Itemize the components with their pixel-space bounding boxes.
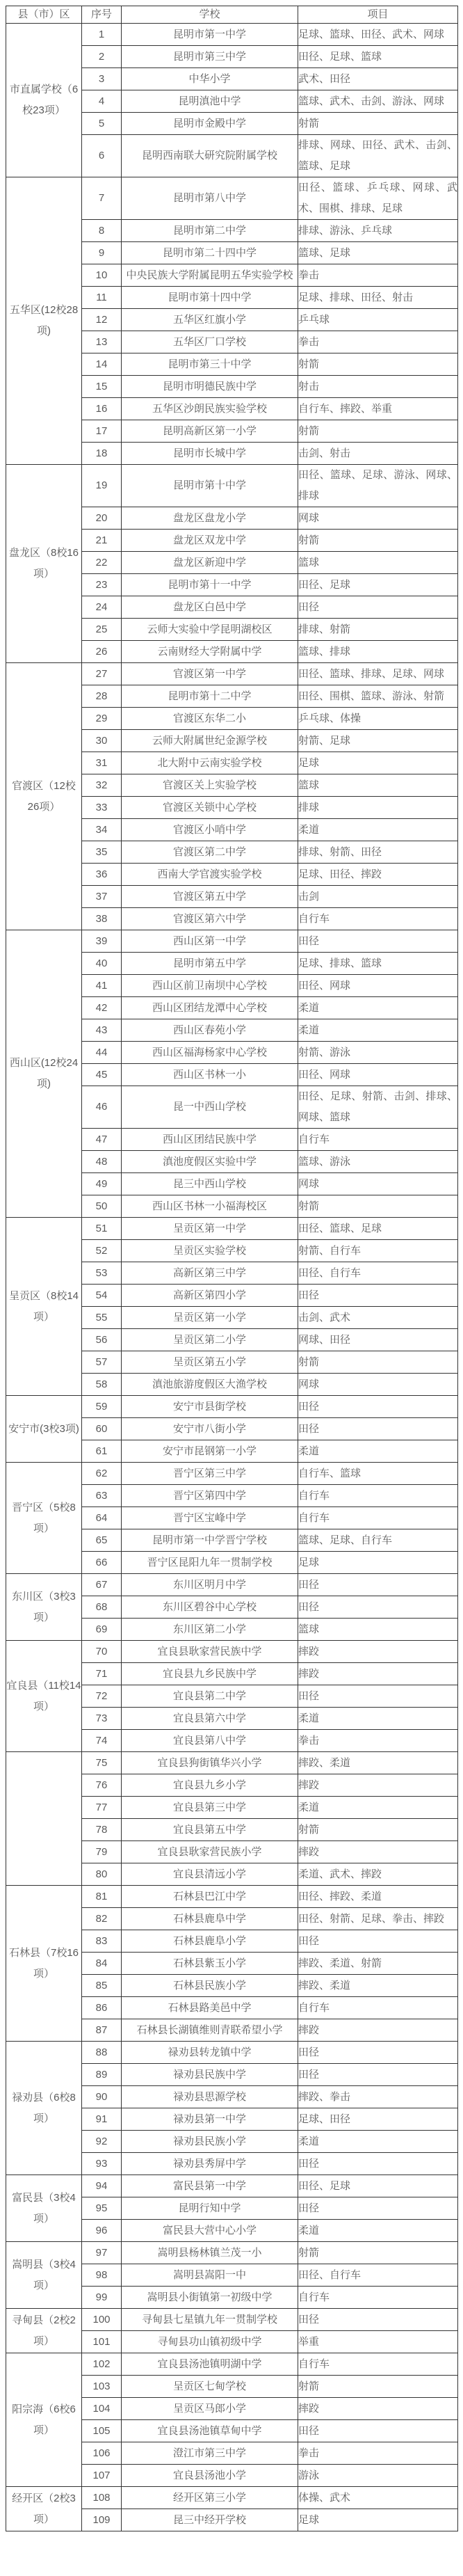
sports-list: 篮球、足球、自行车: [298, 1529, 458, 1552]
school-name: 宜良县汤池镇草甸中学: [122, 2420, 298, 2442]
row-number: 95: [82, 2197, 122, 2220]
school-name: 昆明滇池中学: [122, 90, 298, 113]
row-number: 84: [82, 1953, 122, 1975]
school-name: 滇池旅游度假区大渔学校: [122, 1374, 298, 1396]
sports-list: 射箭、自行车: [298, 1240, 458, 1262]
sports-list: 柔道、武术、摔跤: [298, 1863, 458, 1886]
row-number: 64: [82, 1507, 122, 1529]
header-row: 县（市）区 序号 学校 项目: [6, 6, 458, 24]
school-name: 宜良县第五中学: [122, 1819, 298, 1841]
school-name: 呈贡区实验学校: [122, 1240, 298, 1262]
row-number: 4: [82, 90, 122, 113]
school-name: 西山区前卫南坝中心学校: [122, 975, 298, 997]
row-number: 32: [82, 774, 122, 797]
school-name: 西山区书林一小: [122, 1064, 298, 1086]
row-number: 39: [82, 930, 122, 953]
row-number: 37: [82, 886, 122, 908]
sports-list: 田径、篮球、足球: [298, 1218, 458, 1240]
row-number: 29: [82, 708, 122, 730]
sports-list: 自行车: [298, 1997, 458, 2019]
school-name: 西山区春苑小学: [122, 1019, 298, 1042]
school-name: 东川区明月中学: [122, 1574, 298, 1596]
row-number: 21: [82, 530, 122, 552]
school-name: 晋宁区宝峰中学: [122, 1507, 298, 1529]
row-number: 85: [82, 1975, 122, 1997]
sports-list: 自行车、摔跤、举重: [298, 398, 458, 420]
row-number: 5: [82, 113, 122, 135]
row-number: 77: [82, 1797, 122, 1819]
row-number: 30: [82, 730, 122, 752]
school-name: 昆明市第二十四中学: [122, 242, 298, 264]
district-cell: 晋宁区（5校8项）: [6, 1463, 82, 1574]
row-number: 101: [82, 2331, 122, 2353]
sports-list: 田径: [298, 930, 458, 953]
row-number: 46: [82, 1086, 122, 1129]
school-name: 呈贡区第一小学: [122, 1307, 298, 1329]
school-name: 西山区福海杨家中心学校: [122, 1042, 298, 1064]
sports-list: 柔道: [298, 2220, 458, 2242]
school-name: 昆明市第十一中学: [122, 574, 298, 596]
sports-list: 射箭: [298, 2376, 458, 2398]
row-number: 54: [82, 1285, 122, 1307]
table-row: 经开区（2校3项）108经开区第三小学体操、武术: [6, 2487, 458, 2509]
row-number: 89: [82, 2064, 122, 2086]
table-row: 西山区(12校24项)39西山区第一中学田径: [6, 930, 458, 953]
school-name: 寻甸县功山镇初级中学: [122, 2331, 298, 2353]
district-cell: 东川区（3校3项）: [6, 1574, 82, 1641]
school-name: 宜良县第三中学: [122, 1797, 298, 1819]
sports-list: 击剑: [298, 886, 458, 908]
sports-list: 排球、游泳、乒乓球: [298, 220, 458, 242]
row-number: 38: [82, 908, 122, 930]
sports-list: 自行车、篮球: [298, 1463, 458, 1485]
table-row: 东川区（3校3项）67东川区明月中学田径: [6, 1574, 458, 1596]
row-number: 108: [82, 2487, 122, 2509]
sports-list: 田径: [298, 1285, 458, 1307]
row-number: 28: [82, 685, 122, 708]
row-number: 19: [82, 465, 122, 507]
school-name: 昆明高新区第一小学: [122, 420, 298, 443]
row-number: 20: [82, 507, 122, 530]
school-name: 官渡区东华二小: [122, 708, 298, 730]
row-number: 91: [82, 2108, 122, 2131]
sports-list: 体操、武术: [298, 2487, 458, 2509]
school-name: 安宁市县街学校: [122, 1396, 298, 1418]
sports-list: 田径: [298, 596, 458, 619]
sports-list: 田径、网球: [298, 1064, 458, 1086]
row-number: 103: [82, 2376, 122, 2398]
sports-list: 足球、篮球、田径、武术、网球: [298, 24, 458, 46]
sports-list: 足球: [298, 2509, 458, 2531]
sports-list: 自行车: [298, 1485, 458, 1507]
row-number: 88: [82, 2042, 122, 2064]
sports-list: 田径、篮球、乒乓球、网球、武术、围棋、排球、足球: [298, 177, 458, 220]
school-name: 禄劝县转龙镇中学: [122, 2042, 298, 2064]
row-number: 97: [82, 2242, 122, 2264]
row-number: 65: [82, 1529, 122, 1552]
school-name: 昆明市第十中学: [122, 465, 298, 507]
row-number: 92: [82, 2131, 122, 2153]
table-row: 市直属学校（6校23项）1昆明市第一中学足球、篮球、田径、武术、网球: [6, 24, 458, 46]
row-number: 13: [82, 331, 122, 353]
school-name: 石林县鹿阜小学: [122, 1930, 298, 1953]
row-number: 81: [82, 1886, 122, 1908]
school-name: 西山区团结龙潭中心学校: [122, 997, 298, 1019]
sports-list: 网球、田径: [298, 1329, 458, 1351]
sports-list: 田径、篮球、足球、游泳、网球、排球: [298, 465, 458, 507]
school-name: 高新区第三中学: [122, 1262, 298, 1285]
school-name: 昆明市明德民族中学: [122, 376, 298, 398]
school-name: 富民县第一中学: [122, 2175, 298, 2197]
sports-list: 射击: [298, 376, 458, 398]
sports-list: 摔跤: [298, 1774, 458, 1797]
sports-list: 排球、射箭: [298, 619, 458, 641]
table-row: 阳宗海（6校6项）102宜良县汤池镇明湖中学自行车: [6, 2353, 458, 2376]
row-number: 69: [82, 1619, 122, 1641]
sports-list: 足球、排球、篮球: [298, 953, 458, 975]
row-number: 14: [82, 353, 122, 376]
table-row: 晋宁区（5校8项）62晋宁区第三中学自行车、篮球: [6, 1463, 458, 1485]
row-number: 1: [82, 24, 122, 46]
sports-list: 柔道: [298, 997, 458, 1019]
sports-list: 排球: [298, 797, 458, 819]
sports-list: 网球: [298, 1173, 458, 1195]
school-name: 晋宁区第三中学: [122, 1463, 298, 1485]
table-row: 安宁市(3校3项)59安宁市县街学校田径: [6, 1396, 458, 1418]
row-number: 8: [82, 220, 122, 242]
row-number: 79: [82, 1841, 122, 1863]
sports-list: 足球、田径、摔跤: [298, 864, 458, 886]
district-cell: 五华区(12校28项): [6, 177, 82, 465]
school-name: 安宁市八街小学: [122, 1418, 298, 1440]
sports-list: 摔跤、柔道: [298, 1752, 458, 1774]
sports-list: 田径: [298, 2309, 458, 2331]
school-name: 官渡区第二中学: [122, 841, 298, 864]
row-number: 67: [82, 1574, 122, 1596]
sports-list: 足球: [298, 1552, 458, 1574]
school-name: 中华小学: [122, 68, 298, 90]
row-number: 72: [82, 1685, 122, 1708]
row-number: 52: [82, 1240, 122, 1262]
school-name: 昆明市第八中学: [122, 177, 298, 220]
table-row: 宜良县（11校14项）70宜良县耿家营民族中学摔跤: [6, 1641, 458, 1663]
school-name: 宜良县第八中学: [122, 1730, 298, 1752]
row-number: 24: [82, 596, 122, 619]
sports-list: 射箭: [298, 2242, 458, 2264]
row-number: 58: [82, 1374, 122, 1396]
school-name: 宜良县耿家营民族中学: [122, 1641, 298, 1663]
school-name: 呈贡区马郎小学: [122, 2398, 298, 2420]
school-name: 经开区第三小学: [122, 2487, 298, 2509]
sports-list: 摔跤: [298, 1663, 458, 1685]
school-name: 石林县长湖镇维则青联希望小学: [122, 2019, 298, 2042]
district-cell: 寻甸县（2校2项）: [6, 2309, 82, 2353]
school-name: 禄劝县民族小学: [122, 2131, 298, 2153]
school-name: 宜良县耿家营民族小学: [122, 1841, 298, 1863]
sports-list: 足球、排球、田径、射击: [298, 287, 458, 309]
school-name: 宜良县清远小学: [122, 1863, 298, 1886]
sports-list: 自行车: [298, 2353, 458, 2376]
sports-list: 田径、足球、篮球: [298, 46, 458, 68]
sports-list: 射箭: [298, 1351, 458, 1374]
row-number: 106: [82, 2442, 122, 2465]
sports-list: 田径: [298, 2420, 458, 2442]
school-name: 西山区书林一小福海校区: [122, 1195, 298, 1218]
school-name: 嵩明县嵩阳一中: [122, 2264, 298, 2287]
table-row: 盘龙区（8校16项）19昆明市第十中学田径、篮球、足球、游泳、网球、排球: [6, 465, 458, 507]
sports-list: 田径、摔跤、柔道: [298, 1886, 458, 1908]
sports-list: 摔跤、柔道、射箭: [298, 1953, 458, 1975]
sports-list: 田径: [298, 2197, 458, 2220]
school-name: 西南大学官渡实验学校: [122, 864, 298, 886]
row-number: 51: [82, 1218, 122, 1240]
sports-list: 武术、田径: [298, 68, 458, 90]
row-number: 60: [82, 1418, 122, 1440]
table-row: 嵩明县（3校4项）97嵩明县杨林镇兰茂一小射箭: [6, 2242, 458, 2264]
school-name: 宜良县汤池小学: [122, 2465, 298, 2487]
row-number: 10: [82, 264, 122, 287]
school-name: 昆三中经开学校: [122, 2509, 298, 2531]
sports-list: 田径、自行车: [298, 2264, 458, 2287]
sports-list: 足球、田径: [298, 2108, 458, 2131]
sports-list: 乒乓球: [298, 309, 458, 331]
row-number: 94: [82, 2175, 122, 2197]
row-number: 82: [82, 1908, 122, 1930]
school-name: 官渡区小哨中学: [122, 819, 298, 841]
sports-list: 摔跤: [298, 1641, 458, 1663]
school-name: 官渡区第一中学: [122, 663, 298, 685]
sports-list: 田径、篮球、排球、足球、网球: [298, 663, 458, 685]
row-number: 41: [82, 975, 122, 997]
sports-list: 柔道: [298, 2131, 458, 2153]
sports-list: 田径、射箭、足球、拳击、摔跤: [298, 1908, 458, 1930]
header-no: 序号: [82, 6, 122, 24]
sports-list: 射箭: [298, 420, 458, 443]
table-row: 75宜良县狗街镇华兴小学摔跤、柔道: [6, 1752, 458, 1774]
row-number: 75: [82, 1752, 122, 1774]
row-number: 109: [82, 2509, 122, 2531]
school-name: 昆明行知中学: [122, 2197, 298, 2220]
row-number: 53: [82, 1262, 122, 1285]
sports-list: 摔跤: [298, 2398, 458, 2420]
school-name: 北大附中云南实验学校: [122, 752, 298, 774]
school-name: 呈贡区第二小学: [122, 1329, 298, 1351]
school-name: 嵩明县杨林镇兰茂一小: [122, 2242, 298, 2264]
sports-list: 田径: [298, 2153, 458, 2175]
sports-list: 篮球: [298, 1619, 458, 1641]
sports-list: 篮球、足球: [298, 242, 458, 264]
school-name: 盘龙区新迎中学: [122, 552, 298, 574]
row-number: 27: [82, 663, 122, 685]
school-name: 宜良县第二中学: [122, 1685, 298, 1708]
sports-list: 乒乓球、体操: [298, 708, 458, 730]
sports-list: 田径、足球、射箭、击剑、排球、网球、篮球: [298, 1086, 458, 1129]
sports-list: 田径: [298, 1574, 458, 1596]
row-number: 43: [82, 1019, 122, 1042]
row-number: 3: [82, 68, 122, 90]
school-name: 昆明市第三十中学: [122, 353, 298, 376]
row-number: 45: [82, 1064, 122, 1086]
row-number: 68: [82, 1596, 122, 1619]
table-body: 市直属学校（6校23项）1昆明市第一中学足球、篮球、田径、武术、网球2昆明市第三…: [6, 24, 458, 2531]
sports-list: 足球: [298, 752, 458, 774]
sports-list: 游泳: [298, 2465, 458, 2487]
row-number: 22: [82, 552, 122, 574]
school-name: 盘龙区双龙中学: [122, 530, 298, 552]
sports-list: 田径: [298, 2064, 458, 2086]
sports-list: 排球、射箭、田径: [298, 841, 458, 864]
sports-list: 篮球: [298, 774, 458, 797]
row-number: 80: [82, 1863, 122, 1886]
school-name: 高新区第四小学: [122, 1285, 298, 1307]
sports-list: 田径、足球: [298, 574, 458, 596]
sports-list: 田径: [298, 2042, 458, 2064]
row-number: 31: [82, 752, 122, 774]
school-name: 东川区碧谷中心学校: [122, 1596, 298, 1619]
sports-list: 摔跤、拳击: [298, 2086, 458, 2108]
school-name: 昆三中西山学校: [122, 1173, 298, 1195]
school-name: 宜良县九乡民族中学: [122, 1663, 298, 1685]
school-name: 寻甸县七星镇九年一贯制学校: [122, 2309, 298, 2331]
sports-list: 举重: [298, 2331, 458, 2353]
school-name: 中央民族大学附属昆明五华实验学校: [122, 264, 298, 287]
school-name: 官渡区第五中学: [122, 886, 298, 908]
header-district: 县（市）区: [6, 6, 82, 24]
row-number: 40: [82, 953, 122, 975]
row-number: 100: [82, 2309, 122, 2331]
district-cell: 阳宗海（6校6项）: [6, 2353, 82, 2487]
row-number: 26: [82, 641, 122, 663]
row-number: 49: [82, 1173, 122, 1195]
row-number: 50: [82, 1195, 122, 1218]
district-cell: 盘龙区（8校16项）: [6, 465, 82, 663]
row-number: 34: [82, 819, 122, 841]
school-name: 东川区第二小学: [122, 1619, 298, 1641]
row-number: 90: [82, 2086, 122, 2108]
sports-list: 摔跤、柔道: [298, 1975, 458, 1997]
district-cell: 禄劝县（6校8项）: [6, 2042, 82, 2175]
sports-list: 篮球: [298, 552, 458, 574]
school-name: 昆明市长城中学: [122, 443, 298, 465]
school-name: 官渡区第六中学: [122, 908, 298, 930]
sports-list: 自行车: [298, 1507, 458, 1529]
sports-list: 篮球、武术、击剑、游泳、网球: [298, 90, 458, 113]
row-number: 55: [82, 1307, 122, 1329]
school-name: 昆明西南联大研究院附属学校: [122, 135, 298, 177]
school-name: 昆明市第二中学: [122, 220, 298, 242]
sports-list: 篮球、游泳: [298, 1151, 458, 1173]
row-number: 33: [82, 797, 122, 819]
row-number: 18: [82, 443, 122, 465]
district-cell: 呈贡区（8校14项）: [6, 1218, 82, 1396]
sports-list: 田径: [298, 1930, 458, 1953]
sports-list: 自行车: [298, 2287, 458, 2309]
school-name: 云师大附属世纪金源学校: [122, 730, 298, 752]
school-name: 富民县大营中心小学: [122, 2220, 298, 2242]
sports-list: 田径: [298, 1396, 458, 1418]
school-name: 昆明市第五中学: [122, 953, 298, 975]
row-number: 66: [82, 1552, 122, 1574]
row-number: 48: [82, 1151, 122, 1173]
sports-list: 柔道: [298, 1708, 458, 1730]
district-cell: 市直属学校（6校23项）: [6, 24, 82, 177]
table-row: 富民县（3校4项）94富民县第一中学田径、足球: [6, 2175, 458, 2197]
school-name: 五华区厂口学校: [122, 331, 298, 353]
school-name: 呈贡区第五小学: [122, 1351, 298, 1374]
row-number: 61: [82, 1440, 122, 1463]
sports-list: 射箭: [298, 1819, 458, 1841]
sports-list: 自行车: [298, 1129, 458, 1151]
sports-list: 田径: [298, 1596, 458, 1619]
row-number: 99: [82, 2287, 122, 2309]
sports-list: 排球、网球、田径、武术、击剑、篮球、足球: [298, 135, 458, 177]
school-name: 呈贡区第一中学: [122, 1218, 298, 1240]
row-number: 47: [82, 1129, 122, 1151]
school-name: 昆明市第一中学: [122, 24, 298, 46]
sports-list: 田径、围棋、篮球、游泳、射箭: [298, 685, 458, 708]
row-number: 86: [82, 1997, 122, 2019]
school-name: 宜良县第六中学: [122, 1708, 298, 1730]
row-number: 59: [82, 1396, 122, 1418]
district-cell: 西山区(12校24项): [6, 930, 82, 1218]
school-name: 云师大实验中学昆明湖校区: [122, 619, 298, 641]
row-number: 15: [82, 376, 122, 398]
school-name: 官渡区关锁中心学校: [122, 797, 298, 819]
row-number: 25: [82, 619, 122, 641]
row-number: 36: [82, 864, 122, 886]
sports-list: 田径、网球: [298, 975, 458, 997]
header-sports: 项目: [298, 6, 458, 24]
table-row: 禄劝县（6校8项）88禄劝县转龙镇中学田径: [6, 2042, 458, 2064]
school-name: 呈贡区七甸学校: [122, 2376, 298, 2398]
sports-list: 射箭: [298, 353, 458, 376]
table-row: 呈贡区（8校14项）51呈贡区第一中学田径、篮球、足球: [6, 1218, 458, 1240]
row-number: 23: [82, 574, 122, 596]
school-name: 澄江市第三中学: [122, 2442, 298, 2465]
sports-list: 拳击: [298, 1730, 458, 1752]
row-number: 105: [82, 2420, 122, 2442]
school-name: 昆明市第十四中学: [122, 287, 298, 309]
sports-list: 柔道: [298, 1797, 458, 1819]
school-name: 盘龙区盘龙小学: [122, 507, 298, 530]
school-name: 宜良县汤池镇明湖中学: [122, 2353, 298, 2376]
sports-list: 射箭、游泳: [298, 1042, 458, 1064]
school-name: 官渡区关上实验学校: [122, 774, 298, 797]
row-number: 98: [82, 2264, 122, 2287]
sports-list: 网球: [298, 507, 458, 530]
school-name: 宜良县九乡小学: [122, 1774, 298, 1797]
school-name: 嵩明县小街镇第一初级中学: [122, 2287, 298, 2309]
school-name: 五华区红旗小学: [122, 309, 298, 331]
sports-list: 击剑、武术: [298, 1307, 458, 1329]
school-name: 昆明市第一中学晋宁学校: [122, 1529, 298, 1552]
header-school: 学校: [122, 6, 298, 24]
sports-list: 射箭: [298, 530, 458, 552]
row-number: 83: [82, 1930, 122, 1953]
school-name: 盘龙区白邑中学: [122, 596, 298, 619]
row-number: 74: [82, 1730, 122, 1752]
district-cell: 官渡区（12校26项）: [6, 663, 82, 930]
school-name: 晋宁区第四中学: [122, 1485, 298, 1507]
row-number: 71: [82, 1663, 122, 1685]
row-number: 17: [82, 420, 122, 443]
row-number: 9: [82, 242, 122, 264]
row-number: 76: [82, 1774, 122, 1797]
district-cell: [6, 1752, 82, 1886]
sports-list: 射箭、足球: [298, 730, 458, 752]
school-name: 石林县鹿阜中学: [122, 1908, 298, 1930]
row-number: 42: [82, 997, 122, 1019]
